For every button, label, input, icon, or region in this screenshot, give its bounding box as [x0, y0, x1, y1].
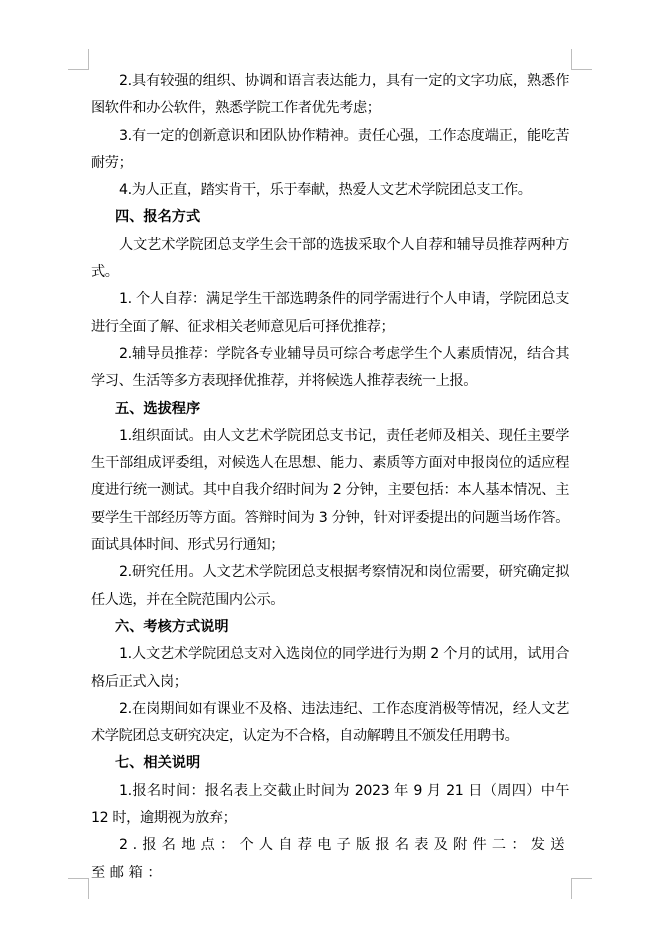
page-corner-mark-top-left [68, 49, 89, 70]
registration-item-1: 1. 个人自荐：满足学生干部选聘条件的同学需进行个人申请，学院团总支进行全面了解… [91, 286, 569, 341]
section-heading-assessment: 六、考核方式说明 [91, 614, 569, 641]
registration-item-2: 2.辅导员推荐：学院各专业辅导员可综合考虑学生个人素质情况，结合其学习、生活等多… [91, 341, 569, 396]
requirement-item-2: 2.具有较强的组织、协调和语言表达能力，具有一定的文字功底，熟悉作图软件和办公软… [91, 68, 569, 123]
requirement-item-4: 4.为人正直，踏实肯干，乐于奉献，热爱人文艺术学院团总支工作。 [91, 177, 569, 204]
requirement-item-3: 3.有一定的创新意识和团队协作精神。责任心强，工作态度端正，能吃苦耐劳； [91, 123, 569, 178]
page-corner-mark-top-right [571, 49, 592, 70]
procedure-item-1: 1.组织面试。由人文艺术学院团总支书记，责任老师及相关、现任主要学生干部组成评委… [91, 423, 569, 559]
assessment-item-2: 2.在岗期间如有课业不及格、违法违纪、工作态度消极等情况，经人文艺术学院团总支研… [91, 696, 569, 751]
procedure-item-2: 2.研究任用。人文艺术学院团总支根据考察情况和岗位需要，研究确定拟任人选，并在全… [91, 559, 569, 614]
notes-item-2: 2.报名地点：个人自荐电子版报名表及附件二：发送至邮箱： [91, 832, 569, 887]
page-corner-mark-bottom-right [571, 878, 592, 899]
page-corner-mark-bottom-left [68, 878, 89, 899]
registration-intro: 人文艺术学院团总支学生会干部的选拔采取个人自荐和辅导员推荐两种方式。 [91, 232, 569, 287]
notes-item-1: 1.报名时间：报名表上交截止时间为 2023 年 9 月 21 日（周四）中午 … [91, 778, 569, 833]
section-heading-related-notes: 七、相关说明 [91, 750, 569, 777]
assessment-item-1: 1.人文艺术学院团总支对入选岗位的同学进行为期 2 个月的试用，试用合格后正式入… [91, 641, 569, 696]
section-heading-registration-method: 四、报名方式 [91, 204, 569, 231]
document-page-body: 2.具有较强的组织、协调和语言表达能力，具有一定的文字功底，熟悉作图软件和办公软… [91, 68, 569, 887]
section-heading-selection-procedure: 五、选拔程序 [91, 396, 569, 423]
